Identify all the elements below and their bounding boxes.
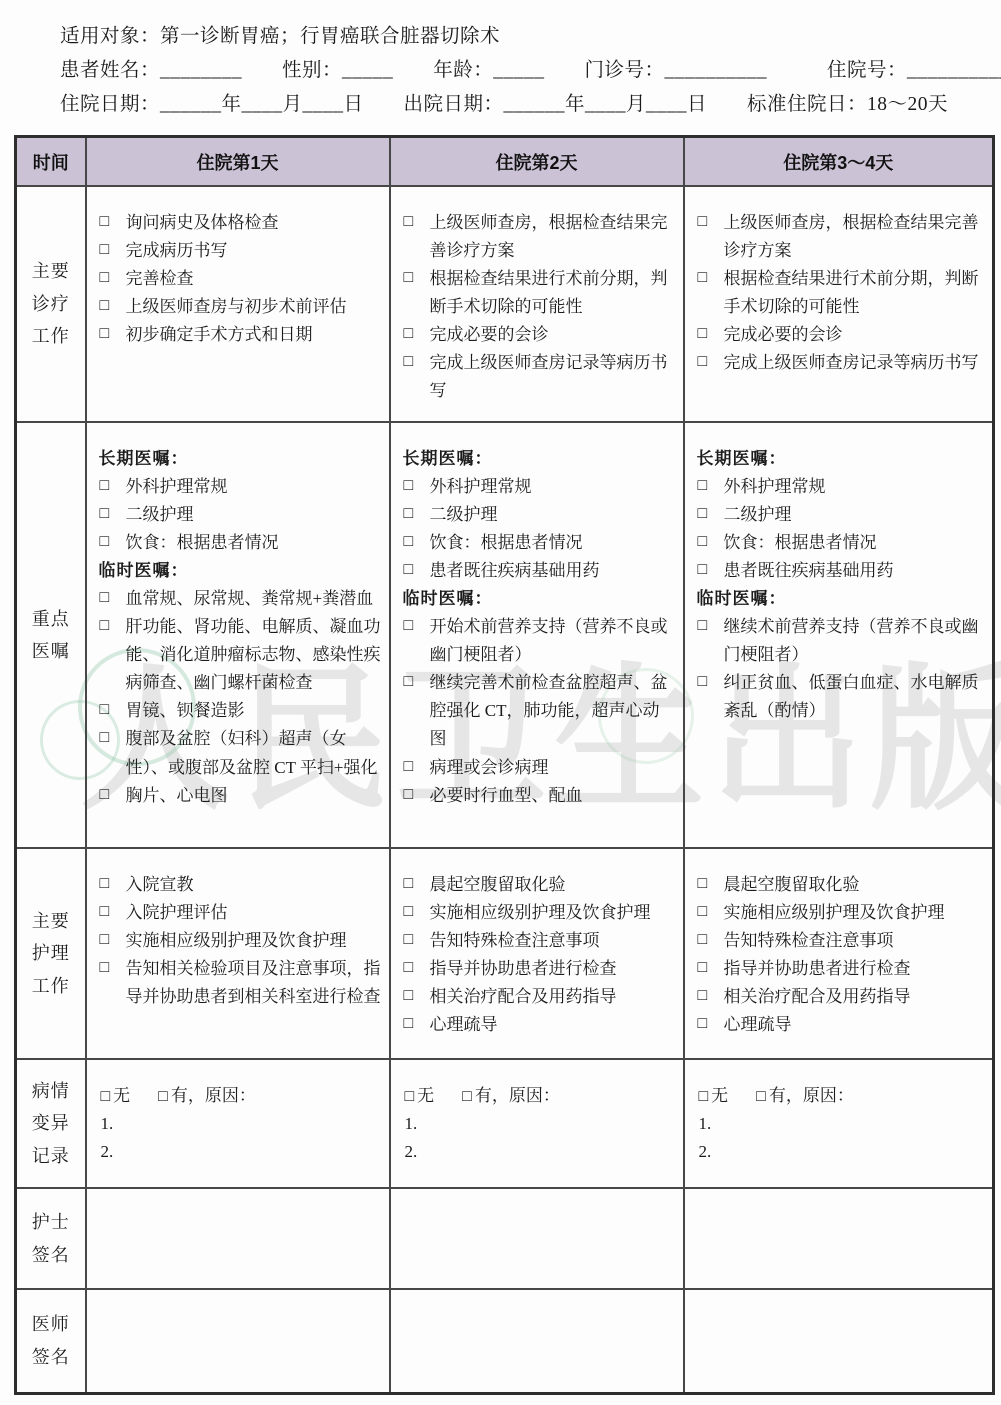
checkbox-icon: □ bbox=[698, 321, 708, 347]
checkbox-icon: □ bbox=[698, 955, 708, 981]
table-header-row: 时间 住院第1天 住院第2天 住院第3～4天 bbox=[16, 137, 994, 187]
cell-day1: □无□有，原因：1.2. bbox=[86, 1059, 390, 1188]
checklist-item: □晨起空腹留取化验 bbox=[697, 871, 985, 899]
checklist: □晨起空腹留取化验□实施相应级别护理及饮食护理□告知特殊检查注意事项□指导并协助… bbox=[685, 849, 993, 1049]
checklist-item: □告知特殊检查注意事项 bbox=[697, 927, 985, 955]
checkbox-icon: □ bbox=[698, 983, 708, 1009]
checklist-item: □入院宣教 bbox=[99, 871, 381, 899]
checklist-item: □完成病历书写 bbox=[99, 237, 381, 265]
checkbox-icon: □ bbox=[698, 927, 708, 953]
checkbox-icon: □ bbox=[405, 1088, 415, 1105]
order-heading: 长期医嘱： bbox=[99, 445, 381, 473]
checkbox-icon: □ bbox=[698, 899, 708, 925]
checkbox-icon: □ bbox=[404, 501, 414, 527]
checklist: 长期医嘱：□外科护理常规□二级护理□饮食：根据患者情况临时医嘱：□血常规、尿常规… bbox=[87, 423, 389, 820]
checklist-item: □必要时行血型、配血 bbox=[403, 782, 675, 810]
signature-cell-day3-4 bbox=[684, 1289, 994, 1393]
checkbox-icon: □ bbox=[100, 927, 110, 953]
variation-option-yes: □有，原因： bbox=[462, 1086, 560, 1105]
item-text: 询问病史及体格检查 bbox=[126, 213, 279, 232]
checklist-item: □二级护理 bbox=[697, 501, 985, 529]
checklist-item: □入院护理评估 bbox=[99, 899, 381, 927]
checklist: □询问病史及体格检查□完成病历书写□完善检查□上级医师查房与初步术前评估□初步确… bbox=[87, 187, 389, 359]
checklist-item: □实施相应级别护理及饮食护理 bbox=[403, 899, 675, 927]
item-text: 饮食：根据患者情况 bbox=[724, 533, 877, 552]
variation-choice-line: □无□有，原因： bbox=[697, 1082, 985, 1110]
checklist: □上级医师查房，根据检查结果完善诊疗方案□根据检查结果进行术前分期，判断手术切除… bbox=[685, 187, 993, 387]
checklist-item: □实施相应级别护理及饮食护理 bbox=[99, 927, 381, 955]
checkbox-icon: □ bbox=[100, 293, 110, 319]
checklist-item: □完善检查 bbox=[99, 265, 381, 293]
checklist-item: □心理疏导 bbox=[697, 1011, 985, 1039]
checkbox-icon: □ bbox=[404, 321, 414, 347]
item-text: 心理疏导 bbox=[724, 1015, 792, 1034]
checkbox-icon: □ bbox=[404, 1011, 414, 1037]
item-text: 完成必要的会诊 bbox=[430, 325, 549, 344]
item-text: 有，原因： bbox=[475, 1086, 560, 1105]
applicable-target-line: 适用对象：第一诊断胃癌；行胃癌联合脏器切除术 bbox=[60, 20, 1001, 54]
item-text: 无 bbox=[113, 1086, 130, 1105]
checklist-item: □实施相应级别护理及饮食护理 bbox=[697, 899, 985, 927]
item-text: 实施相应级别护理及饮食护理 bbox=[430, 903, 651, 922]
checkbox-icon: □ bbox=[756, 1088, 766, 1105]
checklist-item: □二级护理 bbox=[99, 501, 381, 529]
item-text: 完成必要的会诊 bbox=[724, 325, 843, 344]
cell-day2: 长期医嘱：□外科护理常规□二级护理□饮食：根据患者情况□患者既往疾病基础用药临时… bbox=[390, 422, 684, 848]
column-header-day2: 住院第2天 bbox=[390, 137, 684, 187]
checklist: □无□有，原因：1.2. bbox=[685, 1060, 993, 1176]
cell-day2: □晨起空腹留取化验□实施相应级别护理及饮食护理□告知特殊检查注意事项□指导并协助… bbox=[390, 848, 684, 1059]
checklist-item: □肝功能、肾功能、电解质、凝血功能、消化道肿瘤标志物、感染性疾病筛查、幽门螺杆菌… bbox=[99, 613, 381, 697]
variation-option-yes: □有，原因： bbox=[158, 1086, 256, 1105]
cell-day3-4: 长期医嘱：□外科护理常规□二级护理□饮食：根据患者情况□患者既往疾病基础用药临时… bbox=[684, 422, 994, 848]
table-row-diagnosis-work: 主要 诊疗 工作 □询问病史及体格检查□完成病历书写□完善检查□上级医师查房与初… bbox=[16, 186, 994, 422]
row-label: 护士 签名 bbox=[16, 1188, 86, 1289]
item-text: 继续术前营养支持（营养不良或幽门梗阻者） bbox=[724, 617, 979, 664]
variation-option-no: □无 bbox=[699, 1086, 729, 1105]
item-text: 实施相应级别护理及饮食护理 bbox=[724, 903, 945, 922]
checkbox-icon: □ bbox=[698, 1011, 708, 1037]
item-text: 病理或会诊病理 bbox=[430, 758, 549, 777]
checklist-item: □继续术前营养支持（营养不良或幽门梗阻者） bbox=[697, 613, 985, 669]
item-text: 二级护理 bbox=[430, 505, 498, 524]
signature-cell-day1 bbox=[86, 1289, 390, 1393]
item-text: 初步确定手术方式和日期 bbox=[126, 325, 313, 344]
item-text: 根据检查结果进行术前分期，判断手术切除的可能性 bbox=[724, 269, 979, 316]
checkbox-icon: □ bbox=[698, 349, 708, 375]
item-text: 饮食：根据患者情况 bbox=[430, 533, 583, 552]
checklist-item: □开始术前营养支持（营养不良或幽门梗阻者） bbox=[403, 613, 675, 669]
checklist-item: □外科护理常规 bbox=[697, 473, 985, 501]
item-text: 入院护理评估 bbox=[126, 903, 228, 922]
checkbox-icon: □ bbox=[100, 697, 110, 723]
order-heading: 长期医嘱： bbox=[403, 445, 675, 473]
item-text: 无 bbox=[711, 1086, 728, 1105]
item-text: 完善检查 bbox=[126, 269, 194, 288]
checkbox-icon: □ bbox=[100, 725, 110, 751]
item-text: 无 bbox=[417, 1086, 434, 1105]
checklist-item: □腹部及盆腔（妇科）超声（女性）、或腹部及盆腔 CT 平扫+强化 bbox=[99, 725, 381, 781]
cell-day1: 长期医嘱：□外科护理常规□二级护理□饮食：根据患者情况临时医嘱：□血常规、尿常规… bbox=[86, 422, 390, 848]
checklist-item: □二级护理 bbox=[403, 501, 675, 529]
item-text: 告知相关检验项目及注意事项，指导并协助患者到相关科室进行检查 bbox=[126, 959, 381, 1006]
form-header: 适用对象：第一诊断胃癌；行胃癌联合脏器切除术 患者姓名：________ 性别：… bbox=[60, 20, 1001, 122]
checklist: 长期医嘱：□外科护理常规□二级护理□饮食：根据患者情况□患者既往疾病基础用药临时… bbox=[685, 423, 993, 735]
hospital-dates-line: 住院日期：______年____月____日 出院日期：______年____月… bbox=[60, 88, 1001, 122]
checkbox-icon: □ bbox=[404, 927, 414, 953]
item-text: 指导并协助患者进行检查 bbox=[430, 959, 617, 978]
item-text: 晨起空腹留取化验 bbox=[430, 875, 566, 894]
order-heading: 临时医嘱： bbox=[697, 585, 985, 613]
table-row-nursing-work: 主要 护理 工作 □入院宣教□入院护理评估□实施相应级别护理及饮食护理□告知相关… bbox=[16, 848, 994, 1059]
checklist-item: □相关治疗配合及用药指导 bbox=[697, 983, 985, 1011]
column-header-time: 时间 bbox=[16, 137, 86, 187]
checklist: 长期医嘱：□外科护理常规□二级护理□饮食：根据患者情况□患者既往疾病基础用药临时… bbox=[391, 423, 683, 820]
cell-day3-4: □上级医师查房，根据检查结果完善诊疗方案□根据检查结果进行术前分期，判断手术切除… bbox=[684, 186, 994, 422]
item-text: 入院宣教 bbox=[126, 875, 194, 894]
order-heading: 临时医嘱： bbox=[99, 557, 381, 585]
checklist-item: □患者既往疾病基础用药 bbox=[403, 557, 675, 585]
table-row-key-orders: 重点 医嘱 长期医嘱：□外科护理常规□二级护理□饮食：根据患者情况临时医嘱：□血… bbox=[16, 422, 994, 848]
numbered-blank-line: 1. bbox=[99, 1110, 381, 1138]
table-row-doctor-signature: 医师 签名 bbox=[16, 1289, 994, 1393]
checkbox-icon: □ bbox=[100, 955, 110, 981]
checkbox-icon: □ bbox=[698, 529, 708, 555]
checklist-item: □继续完善术前检查盆腔超声、盆腔强化 CT，肺功能，超声心动图 bbox=[403, 669, 675, 753]
item-text: 根据检查结果进行术前分期，判断手术切除的可能性 bbox=[430, 269, 668, 316]
checklist-item: □胃镜、钡餐造影 bbox=[99, 697, 381, 725]
item-text: 二级护理 bbox=[724, 505, 792, 524]
checkbox-icon: □ bbox=[404, 209, 414, 235]
cell-day3-4: □晨起空腹留取化验□实施相应级别护理及饮食护理□告知特殊检查注意事项□指导并协助… bbox=[684, 848, 994, 1059]
variation-option-no: □无 bbox=[101, 1086, 131, 1105]
checkbox-icon: □ bbox=[404, 265, 414, 291]
item-text: 相关治疗配合及用药指导 bbox=[430, 987, 617, 1006]
checklist-item: □患者既往疾病基础用药 bbox=[697, 557, 985, 585]
item-text: 指导并协助患者进行检查 bbox=[724, 959, 911, 978]
numbered-blank-line: 2. bbox=[99, 1138, 381, 1166]
checklist-item: □完成上级医师查房记录等病历书写 bbox=[403, 349, 675, 405]
item-text: 实施相应级别护理及饮食护理 bbox=[126, 931, 347, 950]
checklist-item: □初步确定手术方式和日期 bbox=[99, 321, 381, 349]
item-text: 患者既往疾病基础用药 bbox=[430, 561, 600, 580]
checklist-item: □外科护理常规 bbox=[99, 473, 381, 501]
item-text: 晨起空腹留取化验 bbox=[724, 875, 860, 894]
checkbox-icon: □ bbox=[100, 782, 110, 808]
checkbox-icon: □ bbox=[100, 265, 110, 291]
checkbox-icon: □ bbox=[404, 782, 414, 808]
checklist-item: □晨起空腹留取化验 bbox=[403, 871, 675, 899]
variation-choice-line: □无□有，原因： bbox=[403, 1082, 675, 1110]
checkbox-icon: □ bbox=[100, 871, 110, 897]
item-text: 二级护理 bbox=[126, 505, 194, 524]
item-text: 告知特殊检查注意事项 bbox=[724, 931, 894, 950]
item-text: 外科护理常规 bbox=[126, 477, 228, 496]
row-label: 医师 签名 bbox=[16, 1289, 86, 1393]
checklist-item: □上级医师查房，根据检查结果完善诊疗方案 bbox=[403, 209, 675, 265]
order-heading: 临时医嘱： bbox=[403, 585, 675, 613]
checkbox-icon: □ bbox=[698, 473, 708, 499]
checkbox-icon: □ bbox=[698, 209, 708, 235]
variation-choice-line: □无□有，原因： bbox=[99, 1082, 381, 1110]
checkbox-icon: □ bbox=[404, 955, 414, 981]
item-text: 胸片、心电图 bbox=[126, 786, 228, 805]
checkbox-icon: □ bbox=[404, 669, 414, 695]
item-text: 外科护理常规 bbox=[724, 477, 826, 496]
checkbox-icon: □ bbox=[100, 613, 110, 639]
item-text: 纠正贫血、低蛋白血症、水电解质紊乱（酌情） bbox=[724, 673, 979, 720]
patient-info-line: 患者姓名：________ 性别：_____ 年龄：_____ 门诊号：____… bbox=[60, 54, 1001, 88]
item-text: 腹部及盆腔（妇科）超声（女性）、或腹部及盆腔 CT 平扫+强化 bbox=[126, 729, 378, 776]
variation-option-yes: □有，原因： bbox=[756, 1086, 854, 1105]
checklist-item: □饮食：根据患者情况 bbox=[697, 529, 985, 557]
numbered-blank-line: 2. bbox=[403, 1138, 675, 1166]
checkbox-icon: □ bbox=[698, 871, 708, 897]
checkbox-icon: □ bbox=[698, 669, 708, 695]
numbered-blank-line: 1. bbox=[697, 1110, 985, 1138]
item-text: 开始术前营养支持（营养不良或幽门梗阻者） bbox=[430, 617, 668, 664]
checkbox-icon: □ bbox=[100, 529, 110, 555]
checkbox-icon: □ bbox=[101, 1088, 111, 1105]
checklist-item: □心理疏导 bbox=[403, 1011, 675, 1039]
row-label: 主要 护理 工作 bbox=[16, 848, 86, 1059]
signature-cell-day2 bbox=[390, 1289, 684, 1393]
checklist-item: □指导并协助患者进行检查 bbox=[697, 955, 985, 983]
checkbox-icon: □ bbox=[404, 349, 414, 375]
table-row-nurse-signature: 护士 签名 bbox=[16, 1188, 994, 1289]
checkbox-icon: □ bbox=[462, 1088, 472, 1105]
checkbox-icon: □ bbox=[698, 557, 708, 583]
checkbox-icon: □ bbox=[698, 613, 708, 639]
row-label: 主要 诊疗 工作 bbox=[16, 186, 86, 422]
column-header-day1: 住院第1天 bbox=[86, 137, 390, 187]
checklist-item: □血常规、尿常规、粪常规+粪潜血 bbox=[99, 585, 381, 613]
item-text: 胃镜、钡餐造影 bbox=[126, 701, 245, 720]
signature-cell-day2 bbox=[390, 1188, 684, 1289]
cell-day2: □无□有，原因：1.2. bbox=[390, 1059, 684, 1188]
signature-cell-day1 bbox=[86, 1188, 390, 1289]
item-text: 血常规、尿常规、粪常规+粪潜血 bbox=[126, 589, 374, 608]
checklist: □无□有，原因：1.2. bbox=[391, 1060, 683, 1176]
cell-day3-4: □无□有，原因：1.2. bbox=[684, 1059, 994, 1188]
checkbox-icon: □ bbox=[100, 237, 110, 263]
order-heading: 长期医嘱： bbox=[697, 445, 985, 473]
cell-day1: □询问病史及体格检查□完成病历书写□完善检查□上级医师查房与初步术前评估□初步确… bbox=[86, 186, 390, 422]
checklist: □晨起空腹留取化验□实施相应级别护理及饮食护理□告知特殊检查注意事项□指导并协助… bbox=[391, 849, 683, 1049]
checklist-item: □饮食：根据患者情况 bbox=[403, 529, 675, 557]
variation-option-no: □无 bbox=[405, 1086, 435, 1105]
signature-cell-day3-4 bbox=[684, 1188, 994, 1289]
checkbox-icon: □ bbox=[100, 585, 110, 611]
checklist-item: □病理或会诊病理 bbox=[403, 754, 675, 782]
checklist-item: □胸片、心电图 bbox=[99, 782, 381, 810]
item-text: 心理疏导 bbox=[430, 1015, 498, 1034]
checklist-item: □指导并协助患者进行检查 bbox=[403, 955, 675, 983]
checklist: □无□有，原因：1.2. bbox=[87, 1060, 389, 1176]
checkbox-icon: □ bbox=[100, 899, 110, 925]
checklist-item: □完成必要的会诊 bbox=[403, 321, 675, 349]
checkbox-icon: □ bbox=[698, 501, 708, 527]
checkbox-icon: □ bbox=[404, 871, 414, 897]
item-text: 有，原因： bbox=[769, 1086, 854, 1105]
item-text: 相关治疗配合及用药指导 bbox=[724, 987, 911, 1006]
checklist-item: □饮食：根据患者情况 bbox=[99, 529, 381, 557]
checkbox-icon: □ bbox=[404, 754, 414, 780]
row-label: 病情 变异 记录 bbox=[16, 1059, 86, 1188]
checkbox-icon: □ bbox=[698, 265, 708, 291]
item-text: 完成上级医师查房记录等病历书写 bbox=[724, 353, 979, 372]
checklist-item: □完成必要的会诊 bbox=[697, 321, 985, 349]
checkbox-icon: □ bbox=[404, 473, 414, 499]
checkbox-icon: □ bbox=[404, 613, 414, 639]
column-header-day3-4: 住院第3～4天 bbox=[684, 137, 994, 187]
item-text: 告知特殊检查注意事项 bbox=[430, 931, 600, 950]
checklist-item: □根据检查结果进行术前分期，判断手术切除的可能性 bbox=[403, 265, 675, 321]
checklist-item: □告知特殊检查注意事项 bbox=[403, 927, 675, 955]
checkbox-icon: □ bbox=[404, 557, 414, 583]
item-text: 上级医师查房，根据检查结果完善诊疗方案 bbox=[724, 213, 979, 260]
item-text: 上级医师查房，根据检查结果完善诊疗方案 bbox=[430, 213, 668, 260]
cell-day1: □入院宣教□入院护理评估□实施相应级别护理及饮食护理□告知相关检验项目及注意事项… bbox=[86, 848, 390, 1059]
checklist-item: □完成上级医师查房记录等病历书写 bbox=[697, 349, 985, 377]
checklist-item: □外科护理常规 bbox=[403, 473, 675, 501]
checkbox-icon: □ bbox=[100, 473, 110, 499]
cell-day2: □上级医师查房，根据检查结果完善诊疗方案□根据检查结果进行术前分期，判断手术切除… bbox=[390, 186, 684, 422]
checkbox-icon: □ bbox=[100, 501, 110, 527]
item-text: 完成上级医师查房记录等病历书写 bbox=[430, 353, 668, 400]
item-text: 外科护理常规 bbox=[430, 477, 532, 496]
checkbox-icon: □ bbox=[404, 529, 414, 555]
checklist: □上级医师查房，根据检查结果完善诊疗方案□根据检查结果进行术前分期，判断手术切除… bbox=[391, 187, 683, 415]
clinical-pathway-table: 时间 住院第1天 住院第2天 住院第3～4天 主要 诊疗 工作 □询问病史及体格… bbox=[14, 135, 995, 1395]
checkbox-icon: □ bbox=[100, 321, 110, 347]
checklist-item: □纠正贫血、低蛋白血症、水电解质紊乱（酌情） bbox=[697, 669, 985, 725]
numbered-blank-line: 2. bbox=[697, 1138, 985, 1166]
checklist-item: □上级医师查房，根据检查结果完善诊疗方案 bbox=[697, 209, 985, 265]
table-row-variation-record: 病情 变异 记录 □无□有，原因：1.2. □无□有，原因：1.2. □无□有，… bbox=[16, 1059, 994, 1188]
checklist-item: □询问病史及体格检查 bbox=[99, 209, 381, 237]
row-label: 重点 医嘱 bbox=[16, 422, 86, 848]
checkbox-icon: □ bbox=[699, 1088, 709, 1105]
checklist-item: □相关治疗配合及用药指导 bbox=[403, 983, 675, 1011]
checklist: □入院宣教□入院护理评估□实施相应级别护理及饮食护理□告知相关检验项目及注意事项… bbox=[87, 849, 389, 1021]
item-text: 必要时行血型、配血 bbox=[430, 786, 583, 805]
item-text: 完成病历书写 bbox=[126, 241, 228, 260]
checkbox-icon: □ bbox=[158, 1088, 168, 1105]
checkbox-icon: □ bbox=[404, 983, 414, 1009]
item-text: 上级医师查房与初步术前评估 bbox=[126, 297, 347, 316]
item-text: 患者既往疾病基础用药 bbox=[724, 561, 894, 580]
checklist-item: □上级医师查房与初步术前评估 bbox=[99, 293, 381, 321]
checkbox-icon: □ bbox=[100, 209, 110, 235]
checklist-item: □告知相关检验项目及注意事项，指导并协助患者到相关科室进行检查 bbox=[99, 955, 381, 1011]
item-text: 继续完善术前检查盆腔超声、盆腔强化 CT，肺功能，超声心动图 bbox=[430, 673, 668, 748]
checkbox-icon: □ bbox=[404, 899, 414, 925]
numbered-blank-line: 1. bbox=[403, 1110, 675, 1138]
item-text: 饮食：根据患者情况 bbox=[126, 533, 279, 552]
item-text: 有，原因： bbox=[171, 1086, 256, 1105]
item-text: 肝功能、肾功能、电解质、凝血功能、消化道肿瘤标志物、感染性疾病筛查、幽门螺杆菌检… bbox=[126, 617, 381, 692]
checklist-item: □根据检查结果进行术前分期，判断手术切除的可能性 bbox=[697, 265, 985, 321]
